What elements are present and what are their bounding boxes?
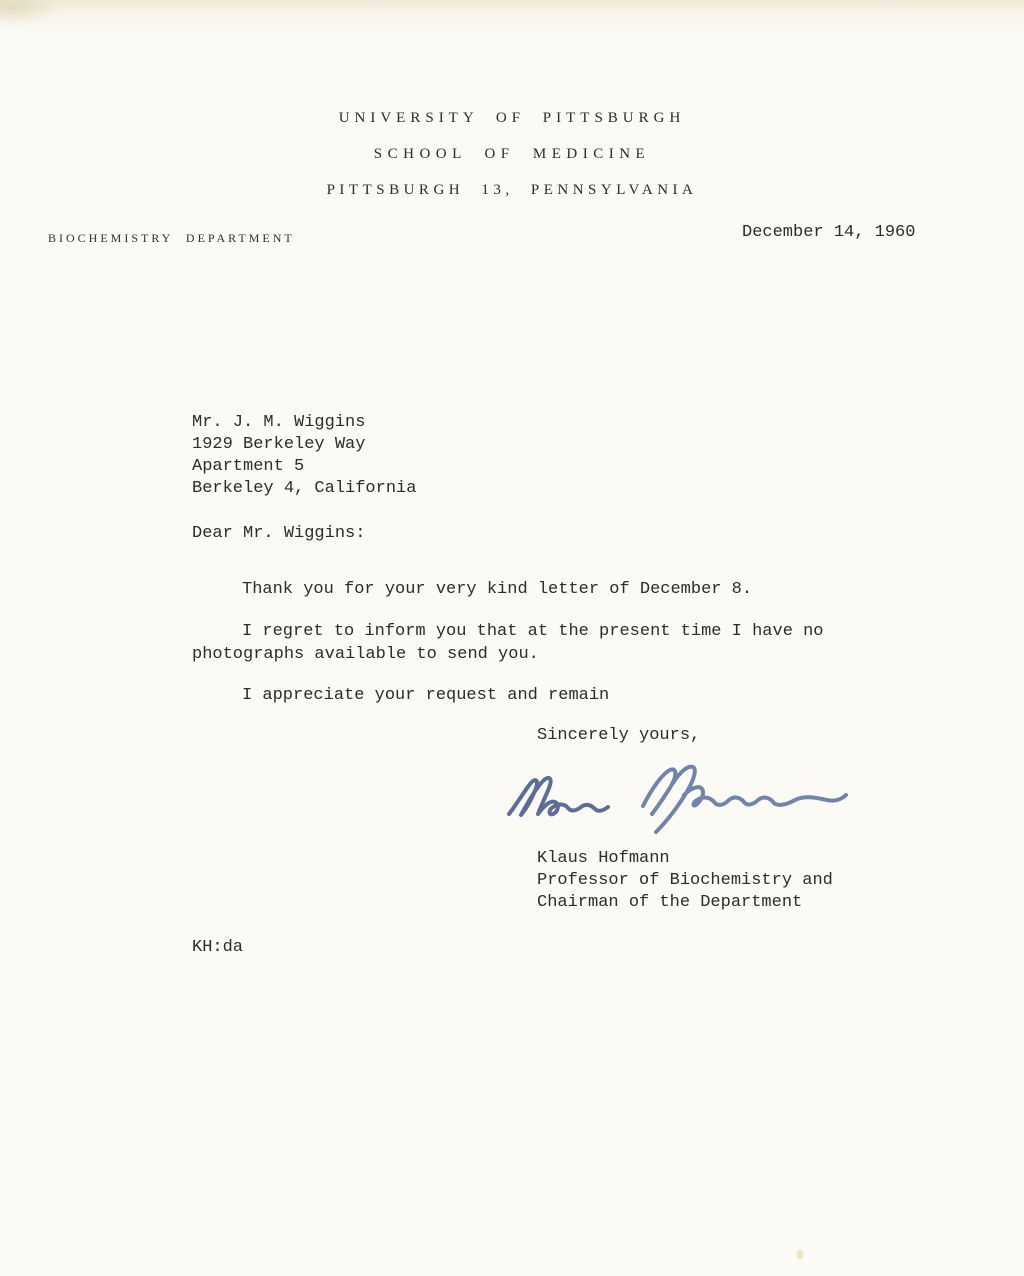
- letter-body: Thank you for your very kind letter of D…: [192, 578, 854, 707]
- signature-block: Klaus Hofmann Professor of Biochemistry …: [537, 848, 833, 914]
- body-paragraph-1: Thank you for your very kind letter of D…: [192, 578, 854, 601]
- body-paragraph-2: I regret to inform you that at the prese…: [192, 620, 854, 666]
- signer-name: Klaus Hofmann: [537, 848, 833, 870]
- recipient-street: 1929 Berkeley Way: [192, 434, 416, 456]
- signature-stroke-last-name: [643, 767, 846, 832]
- handwritten-signature: [503, 752, 848, 844]
- letterhead-university: UNIVERSITY OF PITTSBURGH: [0, 108, 1024, 128]
- signature-stroke-first-name: [509, 778, 608, 815]
- letter-page: UNIVERSITY OF PITTSBURGH SCHOOL OF MEDIC…: [0, 0, 1024, 1276]
- closing-phrase: Sincerely yours,: [537, 725, 700, 747]
- reference-initials: KH:da: [192, 937, 243, 959]
- date-line: December 14, 1960: [742, 222, 915, 244]
- letterhead-city-state: PITTSBURGH 13, PENNSYLVANIA: [0, 180, 1024, 200]
- paper-speck: [797, 1250, 803, 1259]
- letterhead-school: SCHOOL OF MEDICINE: [0, 144, 1024, 164]
- recipient-name: Mr. J. M. Wiggins: [192, 412, 416, 434]
- salutation: Dear Mr. Wiggins:: [192, 523, 365, 545]
- recipient-city: Berkeley 4, California: [192, 478, 416, 500]
- letterhead-department: BIOCHEMISTRY DEPARTMENT: [48, 231, 295, 246]
- paper-top-edge-shading: [0, 0, 1024, 34]
- paper-corner-smudge: [0, 0, 60, 26]
- signer-title-2: Chairman of the Department: [537, 892, 833, 914]
- body-paragraph-3: I appreciate your request and remain: [192, 684, 854, 707]
- letterhead: UNIVERSITY OF PITTSBURGH SCHOOL OF MEDIC…: [0, 108, 1024, 216]
- recipient-address-block: Mr. J. M. Wiggins 1929 Berkeley Way Apar…: [192, 412, 416, 500]
- signer-title-1: Professor of Biochemistry and: [537, 870, 833, 892]
- recipient-apartment: Apartment 5: [192, 456, 416, 478]
